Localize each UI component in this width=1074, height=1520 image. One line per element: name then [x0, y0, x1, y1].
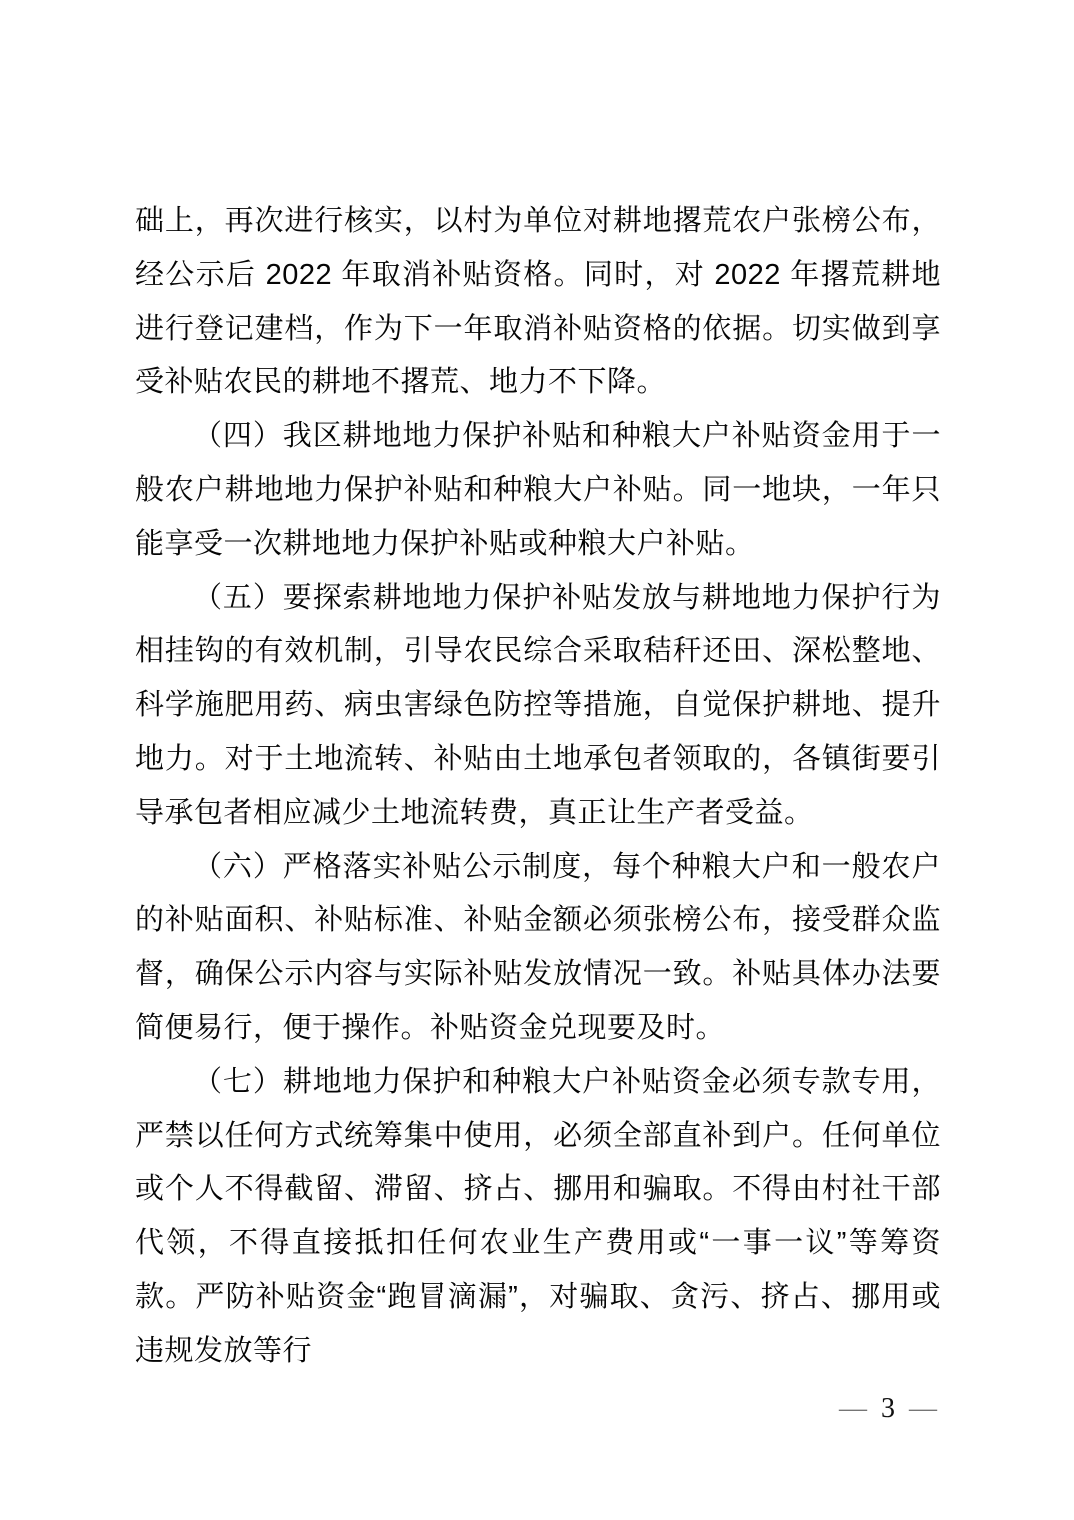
paragraph-item-4: （四）我区耕地地力保护补贴和种粮大户补贴资金用于一般农户耕地地力保护补贴和种粮大… [135, 410, 941, 571]
paragraph-item-6: （六）严格落实补贴公示制度，每个种粮大户和一般农户的补贴面积、补贴标准、补贴金额… [135, 841, 941, 1056]
paragraph-item-5: （五）要探索耕地地力保护补贴发放与耕地地力保护行为相挂钩的有效机制，引导农民综合… [135, 572, 941, 841]
page-number-dash-left: — [839, 1393, 867, 1424]
page-number: 3 [881, 1393, 895, 1424]
document-page: 础上，再次进行核实，以村为单位对耕地撂荒农户张榜公布，经公示后 2022 年取消… [0, 0, 1074, 1520]
paragraph-continued: 础上，再次进行核实，以村为单位对耕地撂荒农户张榜公布，经公示后 2022 年取消… [135, 195, 941, 410]
document-body: 础上，再次进行核实，以村为单位对耕地撂荒农户张榜公布，经公示后 2022 年取消… [135, 195, 941, 1379]
page-number-dash-right: — [909, 1393, 937, 1424]
page-footer: —3— [839, 1394, 937, 1424]
paragraph-item-7: （七）耕地地力保护和种粮大户补贴资金必须专款专用，严禁以任何方式统筹集中使用，必… [135, 1056, 941, 1379]
